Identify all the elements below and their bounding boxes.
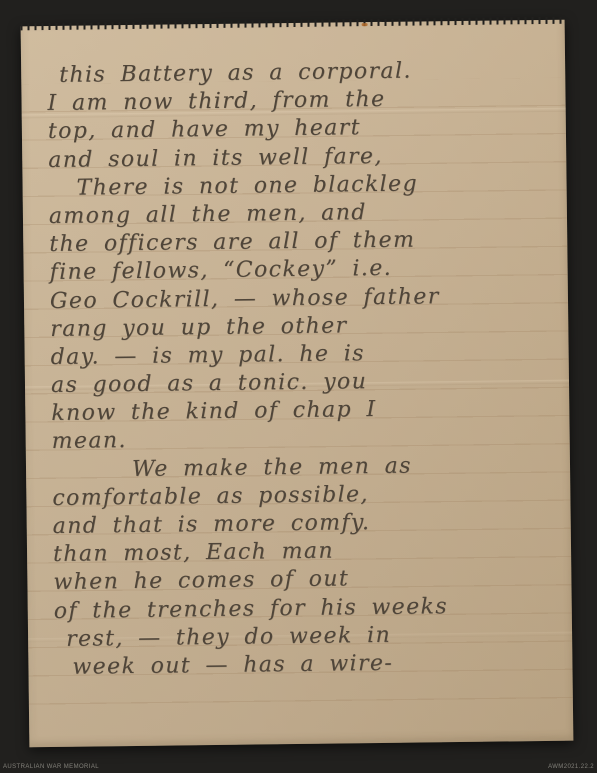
paper-stain [362, 23, 368, 26]
handwriting-line: week out — has a wire- [72, 648, 566, 682]
torn-top-edge [21, 17, 565, 31]
scan-viewport: this Battery as a corporal. I am now thi… [0, 0, 597, 773]
handwriting-block: this Battery as a corporal. I am now thi… [47, 56, 567, 682]
letter-page: this Battery as a corporal. I am now thi… [21, 20, 574, 748]
archive-caption: AUSTRALIAN WAR MEMORIAL [3, 763, 99, 771]
archive-reference-number: AWM2021.22.2 [548, 763, 594, 771]
